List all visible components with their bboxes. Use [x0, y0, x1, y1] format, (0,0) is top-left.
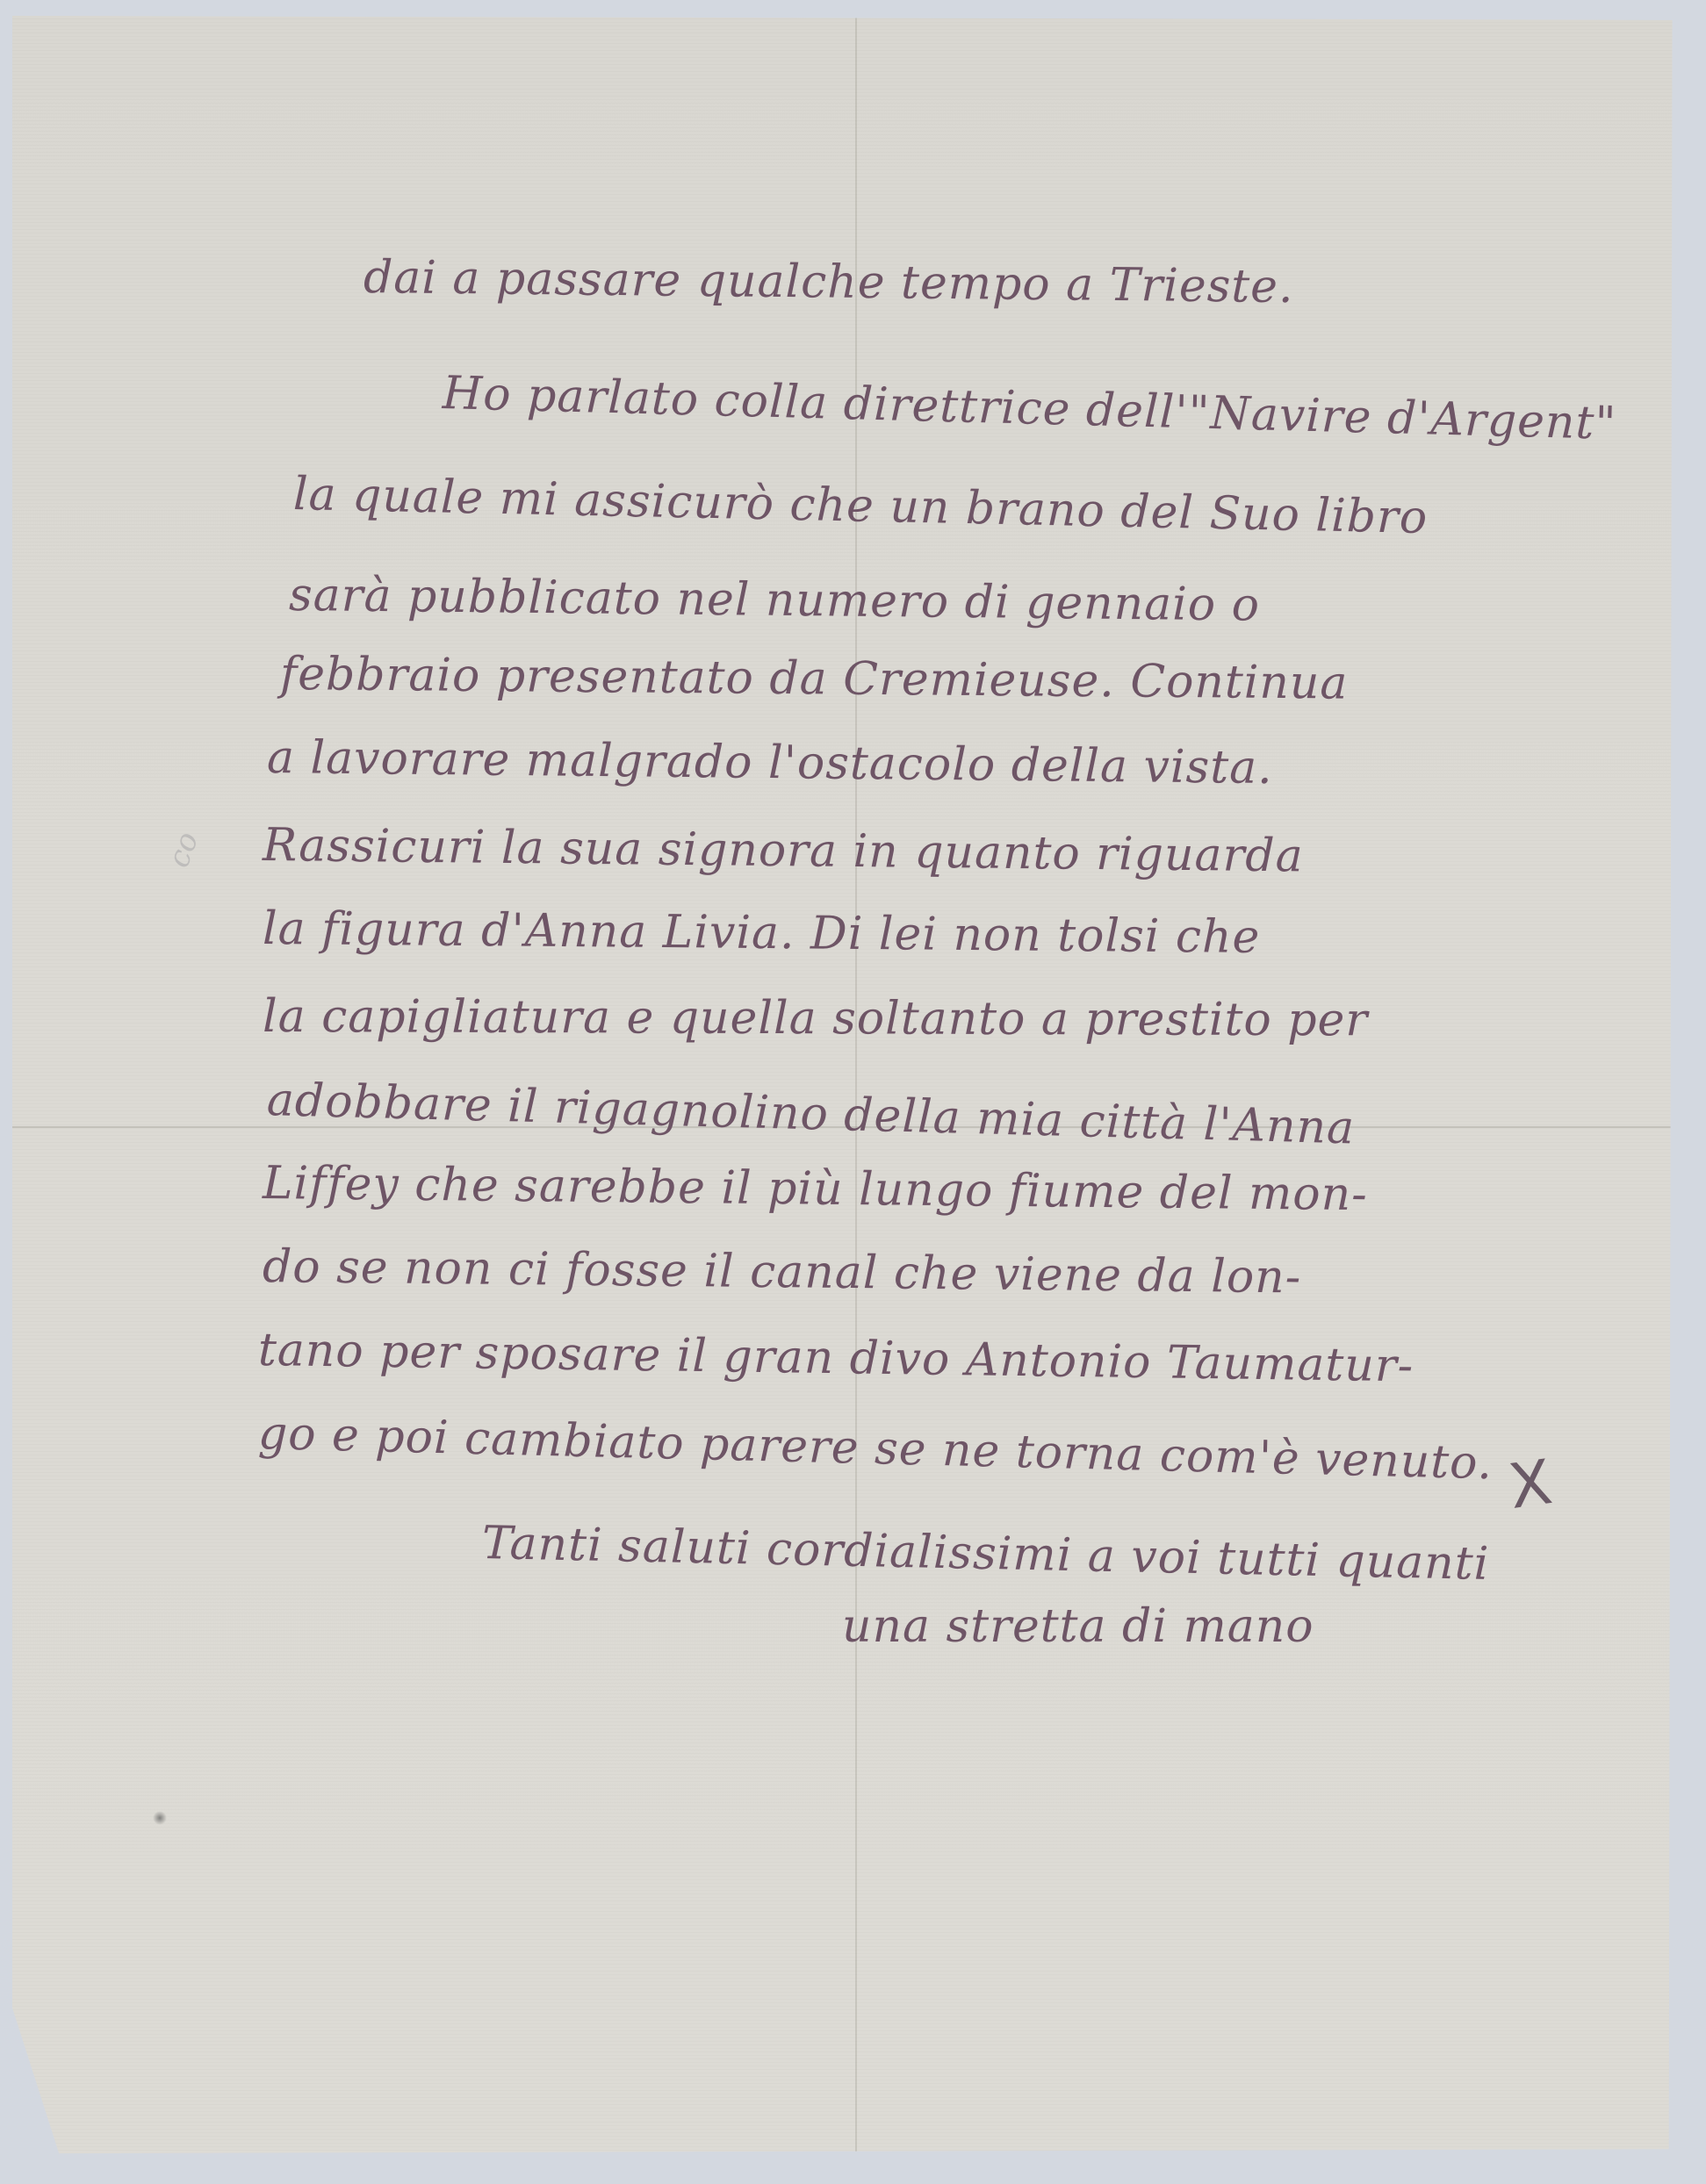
- letter-line: febbraio presentato da Cremieuse. Contin…: [280, 648, 1349, 710]
- letter-line: adobbare il rigagnolino della mia città …: [266, 1074, 1356, 1154]
- letter-line: dai a passare qualche tempo a Trieste.: [364, 251, 1294, 313]
- closing-line: Tanti saluti cordialissimi a voi tutti q…: [481, 1517, 1490, 1591]
- letter-line: Ho parlato colla direttrice dell'"Navire…: [442, 367, 1617, 450]
- letter-line: la capigliatura e quella soltanto a pres…: [263, 990, 1368, 1046]
- letter-line: sarà pubblicato nel numero di gennaio o: [289, 569, 1261, 632]
- letter-line: Liffey che sarebbe il più lungo fiume de…: [263, 1157, 1368, 1221]
- letter-line: Rassicuri la sua signora in quanto rigua…: [263, 819, 1304, 882]
- letter-line: a lavorare malgrado l'ostacolo della vis…: [267, 731, 1273, 794]
- closing-line: una stretta di mano: [842, 1600, 1314, 1653]
- letter-line: la figura d'Anna Livia. Di lei non tolsi…: [263, 902, 1261, 964]
- letter-line: tano per sposare il gran divo Antonio Ta…: [258, 1324, 1414, 1392]
- letter-line: la quale mi assicurò che un brano del Su…: [292, 468, 1428, 544]
- letter-body: dai a passare qualche tempo a Trieste. H…: [12, 16, 1681, 2158]
- letter-line: do se non ci fosse il canal che viene da…: [263, 1240, 1302, 1304]
- letter-page: co dai a passare qualche tempo a Trieste…: [12, 16, 1681, 2158]
- letter-line: go e poi cambiato parere se ne torna com…: [257, 1407, 1494, 1490]
